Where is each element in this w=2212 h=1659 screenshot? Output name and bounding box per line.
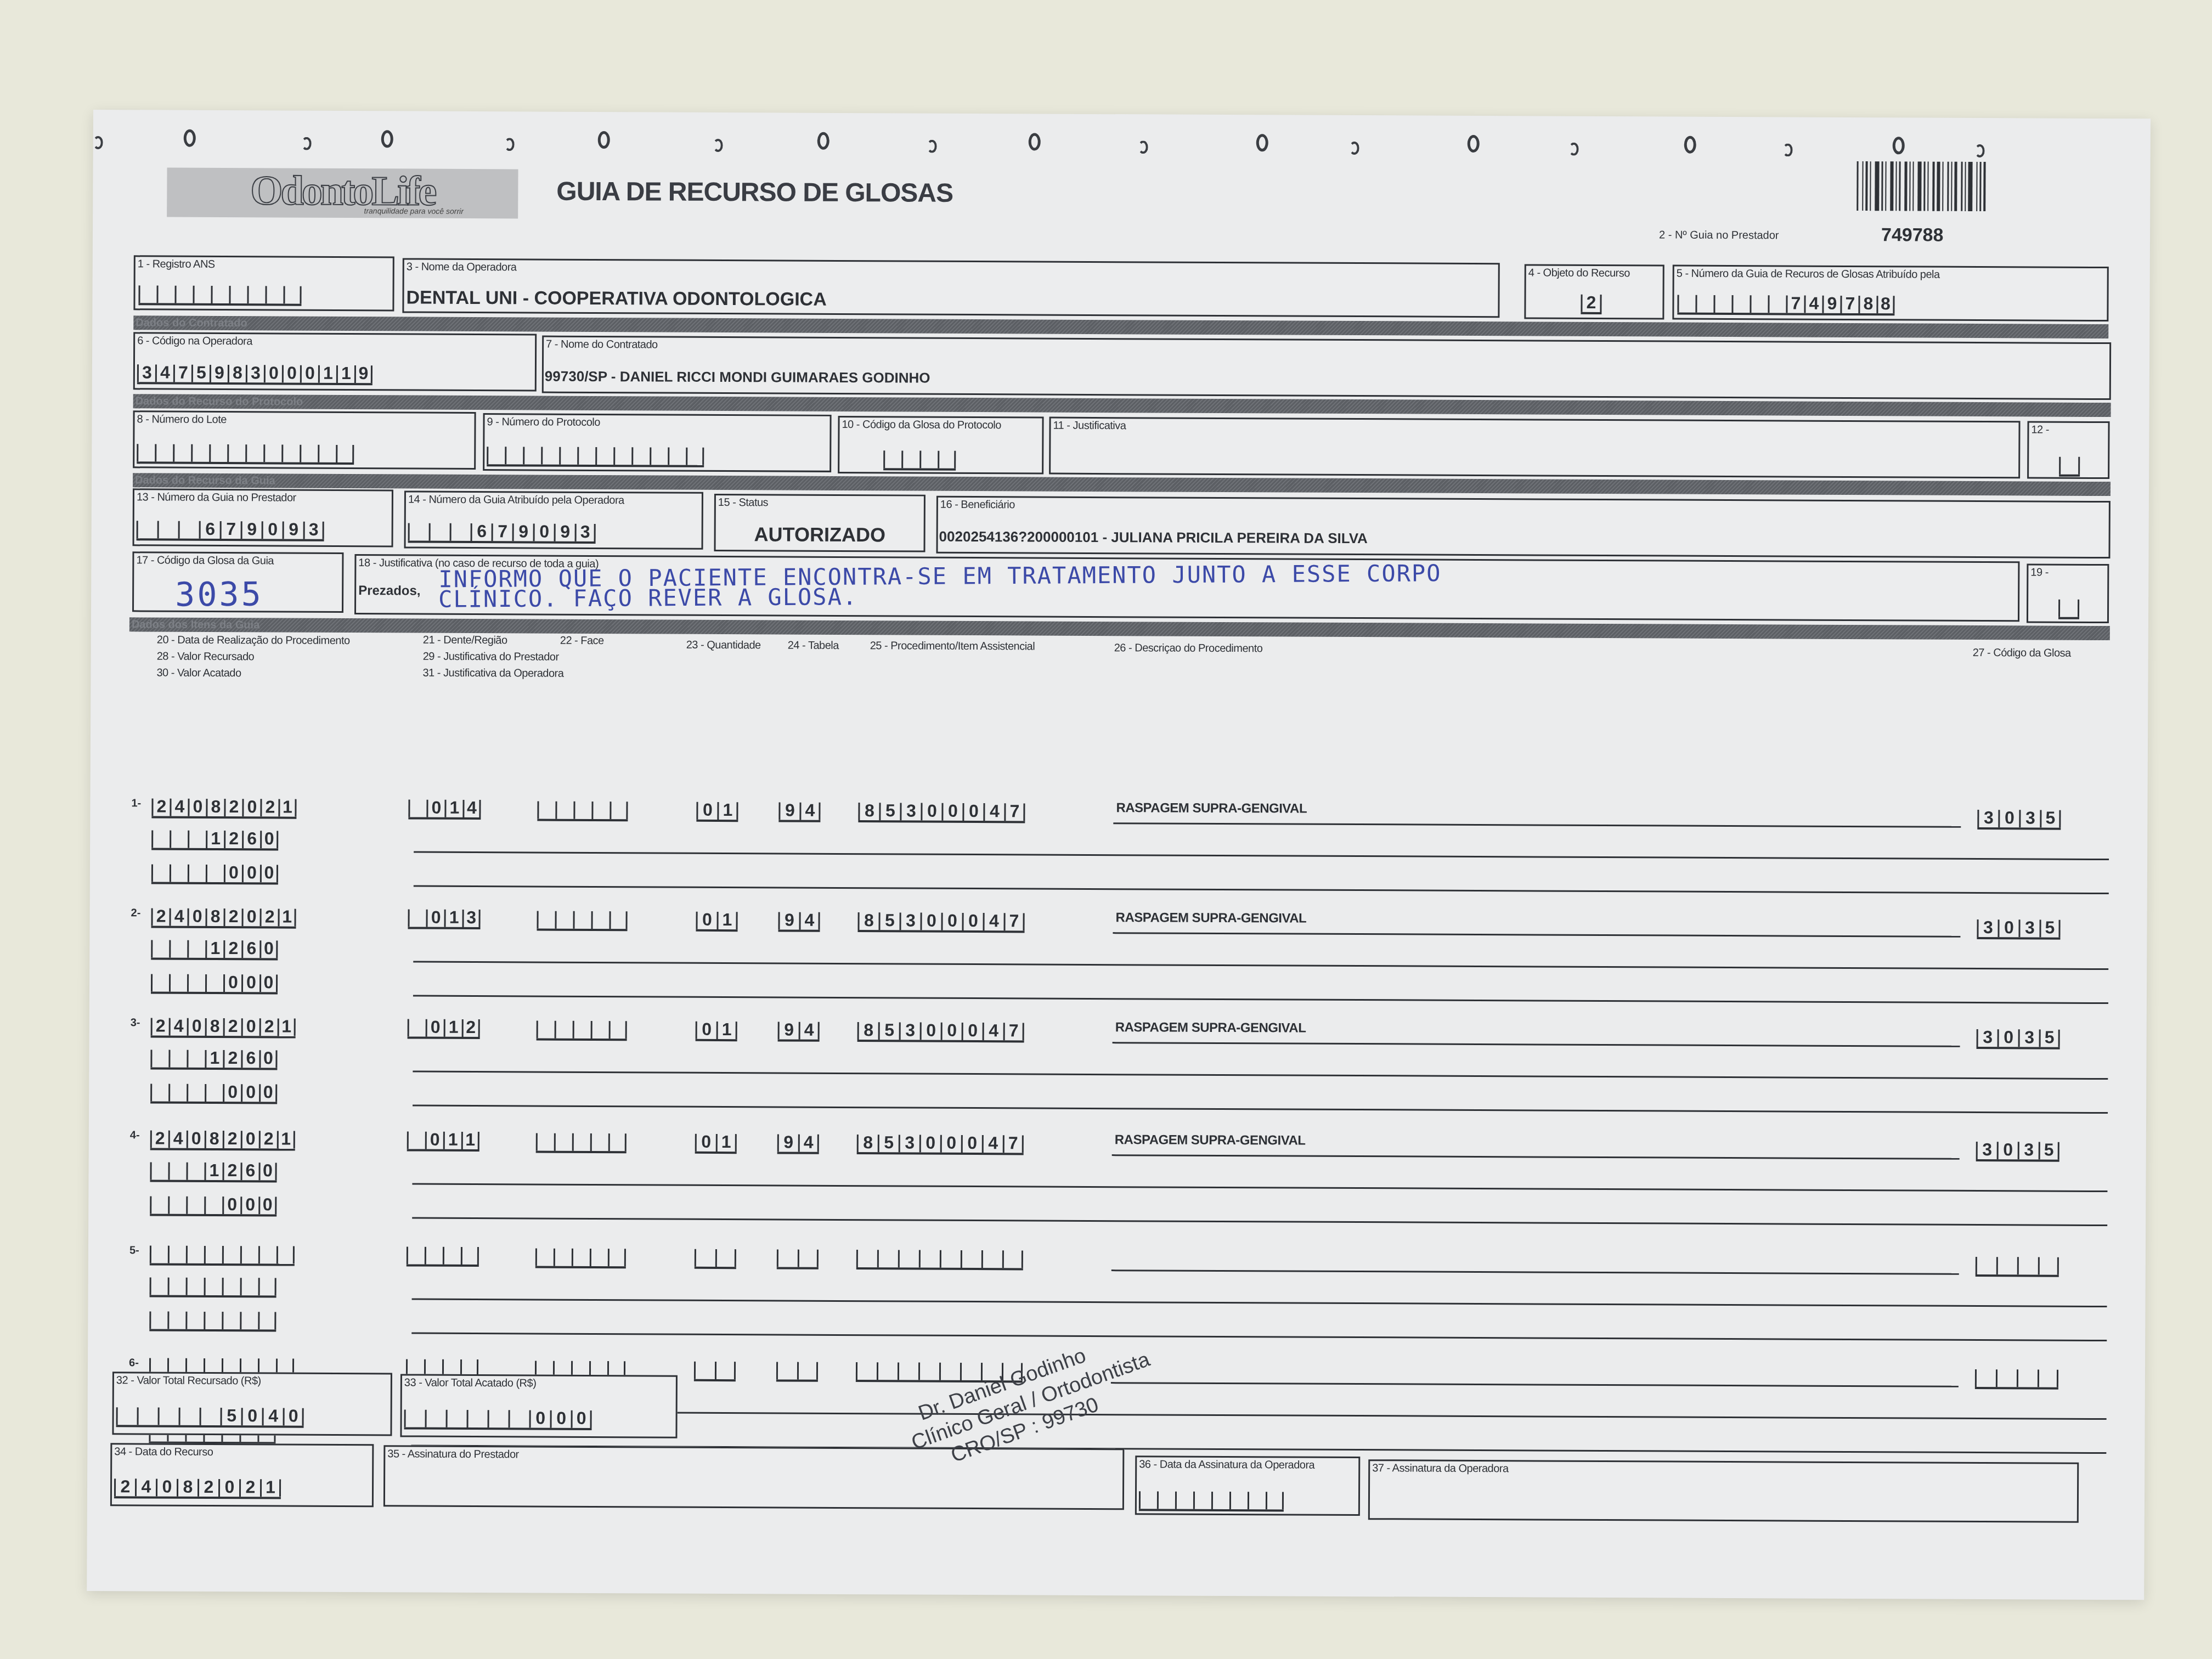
item-face-field[interactable] [537, 802, 628, 822]
punch-hole-icon [93, 136, 103, 149]
item-number: 3- [131, 1017, 140, 1029]
guia-prestador-label: 2 - Nº Guia no Prestador [1659, 229, 1779, 242]
codigo-glosa-protocolo-field[interactable]: 10 - Código da Glosa do Protocolo [838, 416, 1043, 475]
justificativa-operadora-line[interactable] [413, 1105, 2108, 1114]
justificativa-operadora-line[interactable] [414, 885, 2109, 894]
justificativa-guia-field[interactable]: 18 - Justificativa (no caso de recurso d… [354, 554, 2019, 622]
item-quantity-field[interactable]: 01 [696, 1022, 737, 1041]
item-description: RASPAGEM SUPRA-GENGIVAL [1116, 910, 1307, 927]
description-line [1113, 1042, 1960, 1047]
item-procedure-field[interactable]: 85300047 [857, 1022, 1024, 1042]
item-value-acatado-field[interactable]: 000 [151, 974, 278, 994]
numero-guia-recurso-field[interactable]: 5 - Número da Guia de Recuros de Glosas … [1672, 265, 2108, 321]
item-glosa-code-field[interactable]: 3035 [1977, 1029, 2060, 1049]
justificativa-operadora-line[interactable] [412, 1217, 2107, 1226]
data-recurso-field[interactable]: 34 - Data do Recurso 24082021 [110, 1443, 374, 1507]
item-value-acatado-field[interactable] [149, 1311, 276, 1331]
campo-12-field[interactable]: 12 - [2027, 421, 2109, 479]
item-date-field[interactable]: 24082021 [151, 1018, 296, 1038]
codigo-glosa-guia-field[interactable]: 17 - Código da Glosa da Guia 3035 [132, 551, 343, 613]
objeto-recurso-field[interactable]: 4 - Objeto do Recurso 2 [1524, 264, 1664, 319]
item-date-field[interactable]: 24082021 [151, 798, 296, 819]
description-line [1113, 822, 1961, 828]
item-face-field[interactable] [537, 1021, 627, 1041]
punch-hole-icon [1684, 136, 1696, 154]
item-tooth-field[interactable]: 012 [408, 1019, 480, 1040]
numero-protocolo-field[interactable]: 9 - Número do Protocolo [483, 413, 831, 472]
items-table: 1-24082021014019485300047RASPAGEM SUPRA-… [93, 110, 2151, 119]
justificativa-prestador-line[interactable] [412, 1299, 2107, 1307]
registro-ans-field[interactable]: 1 - Registro ANS [133, 255, 394, 311]
item-table-field[interactable] [777, 1249, 819, 1269]
item-face-field[interactable] [535, 1249, 626, 1269]
nome-operadora-field[interactable]: 3 - Nome da Operadora DENTAL UNI - COOPE… [402, 258, 1499, 318]
form-title: GUIA DE RECURSO DE GLOSAS [556, 177, 953, 208]
punch-hole-icon [1569, 143, 1579, 156]
description-line [1112, 1154, 1960, 1160]
item-value-recursado-field[interactable]: 1260 [151, 940, 278, 960]
punch-hole-icon [927, 140, 937, 153]
guia-prestador-number: 749788 [1881, 224, 1944, 246]
justificativa-prestador-line[interactable] [412, 1183, 2107, 1192]
item-procedure-field[interactable] [856, 1250, 1023, 1270]
status-field[interactable]: 15 - Status AUTORIZADO [714, 494, 925, 552]
item-table-field[interactable]: 94 [778, 802, 820, 822]
justificativa-operadora-line[interactable] [413, 995, 2108, 1004]
item-tooth-field[interactable]: 011 [407, 1132, 479, 1152]
item-glosa-code-field[interactable] [1975, 1369, 2058, 1390]
item-description: RASPAGEM SUPRA-GENGIVAL [1115, 1020, 1306, 1036]
item-glosa-code-field[interactable] [1976, 1257, 2059, 1277]
item-table-field[interactable] [776, 1362, 818, 1381]
item-date-field[interactable] [150, 1245, 295, 1266]
punch-hole-icon [1468, 135, 1480, 153]
item-number: 6- [129, 1357, 139, 1369]
item-procedure-field[interactable]: 85300047 [857, 912, 1024, 933]
description-line [1113, 932, 1960, 938]
beneficiario-field[interactable]: 16 - Beneficiário 0020254136?200000101 -… [936, 496, 2110, 558]
codigo-operadora-field[interactable]: 6 - Código na Operadora 3475983000119 [133, 332, 537, 391]
item-quantity-field[interactable]: 01 [696, 802, 738, 822]
justificativa-prestador-line[interactable] [413, 961, 2108, 970]
item-number: 4- [130, 1129, 140, 1142]
item-value-recursado-field[interactable]: 1260 [150, 1049, 277, 1070]
item-glosa-code-field[interactable]: 3035 [1977, 810, 2061, 830]
punch-hole-icon [1029, 133, 1041, 150]
nome-contratado-field[interactable]: 7 - Nome do Contratado 99730/SP - DANIEL… [542, 336, 2111, 400]
item-procedure-field[interactable]: 85300047 [858, 803, 1025, 823]
item-quantity-field[interactable]: 01 [696, 912, 737, 932]
description-line [1111, 1269, 1959, 1275]
punch-hole-icon [184, 129, 196, 147]
item-table-field[interactable]: 94 [778, 912, 820, 932]
item-date-field[interactable]: 24082021 [150, 1130, 295, 1150]
justificativa-prestador-line[interactable] [413, 1071, 2108, 1080]
punch-hole-icon [817, 132, 830, 150]
punch-hole-icon [381, 130, 393, 148]
item-date-field[interactable]: 24082021 [151, 908, 296, 928]
item-value-recursado-field[interactable] [150, 1277, 276, 1297]
item-tooth-field[interactable]: 014 [408, 800, 481, 820]
item-procedure-field[interactable]: 85300047 [857, 1135, 1024, 1155]
valor-total-recursado-field[interactable]: 32 - Valor Total Recursado (R$) 5040 [112, 1372, 392, 1436]
item-number: 1- [131, 797, 141, 810]
item-face-field[interactable] [536, 1133, 627, 1154]
item-table-field[interactable]: 94 [778, 1022, 820, 1041]
item-value-recursado-field[interactable]: 1260 [150, 1162, 276, 1182]
punch-hole-icon [505, 138, 515, 151]
item-value-acatado-field[interactable]: 000 [150, 1084, 277, 1104]
punch-hole-icon [598, 131, 610, 149]
numero-lote-field[interactable]: 8 - Número do Lote [133, 410, 476, 470]
item-number: 2- [131, 907, 141, 919]
item-quantity-field[interactable] [695, 1249, 736, 1269]
item-tooth-field[interactable]: 013 [408, 910, 480, 930]
punch-holes [93, 110, 2151, 119]
odontolife-logo: OdontoLife tranquilidade para você sorri… [167, 168, 518, 219]
punch-hole-icon [713, 139, 723, 152]
valor-total-acatado-field[interactable]: 33 - Valor Total Acatado (R$) 000 [400, 1374, 677, 1438]
status-badge: AUTORIZADO [754, 523, 886, 546]
punch-hole-icon [302, 137, 312, 150]
description-line [1111, 1382, 1959, 1387]
justificativa-operadora-line[interactable] [411, 1333, 2107, 1341]
item-tooth-field[interactable] [407, 1247, 479, 1267]
punch-hole-icon [1138, 140, 1148, 154]
item-description: RASPAGEM SUPRA-GENGIVAL [1116, 800, 1307, 817]
item-face-field[interactable] [537, 911, 627, 932]
justificativa-prestador-line[interactable] [414, 851, 2109, 860]
campo-19-field[interactable]: 19 - [2027, 563, 2109, 623]
item-glosa-code-field[interactable]: 3035 [1976, 1142, 2059, 1162]
item-table-field[interactable]: 94 [777, 1134, 819, 1154]
numero-guia-prestador-field[interactable]: 13 - Número da Guia no Prestador 679093 [133, 488, 393, 547]
assinatura-prestador-field[interactable]: 35 - Assinatura do Prestador [383, 1445, 1124, 1510]
item-value-acatado-field[interactable]: 000 [150, 1196, 276, 1216]
punch-hole-icon [1975, 144, 1985, 157]
item-glosa-code-field[interactable]: 3035 [1977, 919, 2060, 940]
item-quantity-field[interactable]: 01 [695, 1134, 737, 1154]
item-description: RASPAGEM SUPRA-GENGIVAL [1115, 1132, 1306, 1149]
numero-guia-operadora-field[interactable]: 14 - Número da Guia Atribuído pela Opera… [404, 490, 703, 549]
item-number: 5- [129, 1244, 139, 1257]
justificativa-protocolo-field[interactable]: 11 - Justificativa [1049, 417, 2020, 479]
item-value-acatado-field[interactable]: 000 [151, 864, 278, 884]
punch-hole-icon [1783, 143, 1793, 156]
assinatura-operadora-field[interactable]: 37 - Assinatura da Operadora [1368, 1459, 2079, 1523]
punch-hole-icon [1893, 137, 1905, 154]
item-value-recursado-field[interactable]: 1260 [151, 830, 278, 850]
barcode-icon [1857, 161, 2038, 211]
punch-hole-icon [1256, 134, 1268, 151]
punch-hole-icon [1350, 142, 1359, 155]
data-assinatura-operadora-field[interactable]: 36 - Data da Assinatura da Operadora [1135, 1455, 1360, 1516]
form-sheet: OdontoLife tranquilidade para você sorri… [87, 110, 2151, 1600]
item-quantity-field[interactable] [694, 1362, 736, 1381]
